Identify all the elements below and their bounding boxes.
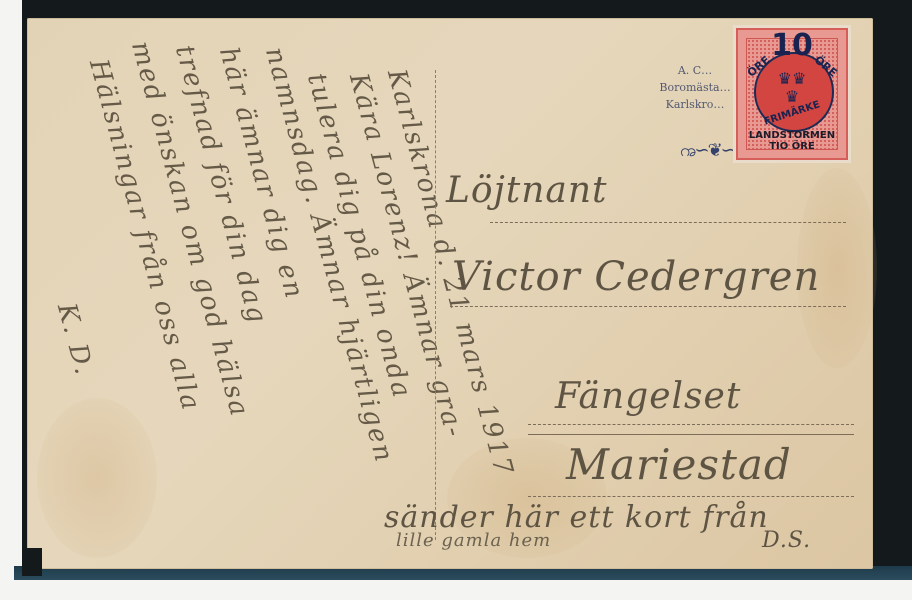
address-line-rule: [490, 222, 846, 223]
stamp-value: 10: [738, 28, 846, 63]
address-line-rule: [450, 306, 846, 307]
postage-stamp: ♛♛♛ 10 ÖRE ÖRE FRIMÄRKE LANDSTORMEN TIO …: [736, 28, 848, 160]
overprint-line: LANDSTORMEN: [738, 130, 846, 141]
postmark-line: A. C…: [640, 62, 750, 79]
postmark-line: Karlskro…: [640, 96, 750, 113]
card-corner: [22, 548, 42, 576]
address-title: Löjtnant: [446, 170, 608, 211]
address-institution: Fängelset: [555, 376, 741, 417]
address-line-rule: [528, 424, 854, 425]
address-line-rule: [528, 496, 854, 497]
postmark-line: Boromästa…: [640, 79, 750, 96]
address-city: Mariestad: [566, 440, 792, 489]
card-divider-line: [435, 70, 436, 540]
footer-note-line: lille gamla hem: [396, 530, 551, 551]
overprint-line: TIO ÖRE: [738, 141, 846, 152]
footer-signature: D.S.: [762, 528, 811, 553]
address-line-rule: [528, 434, 854, 435]
postmark-stamp: A. C… Boromästa… Karlskro…: [640, 62, 750, 113]
address-name: Victor Cedergren: [452, 254, 820, 300]
stamp-overprint: LANDSTORMEN TIO ÖRE: [738, 130, 846, 152]
age-stain: [37, 398, 157, 558]
